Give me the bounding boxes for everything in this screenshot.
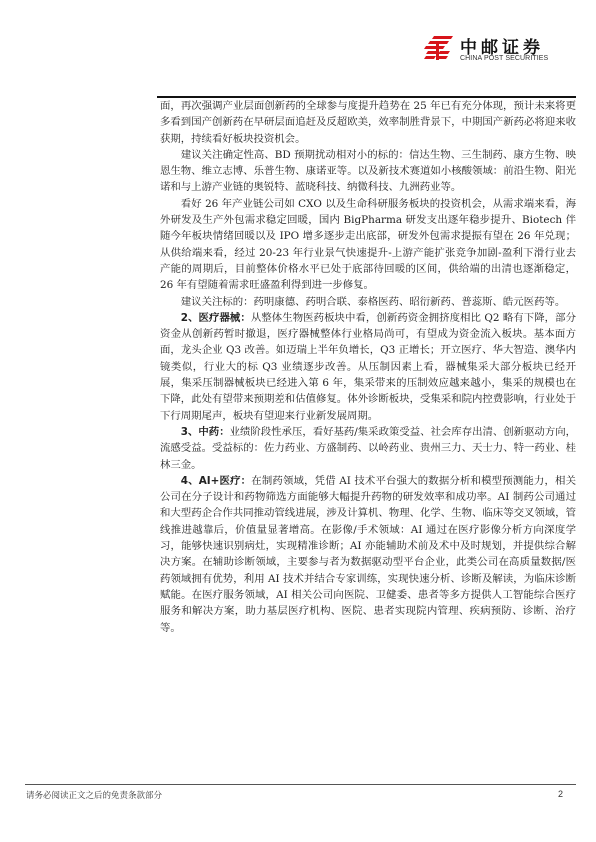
paragraph-cxo-outlook: 看好 26 年产业链公司如 CXO 以及生命科研服务板块的投资机会，从需求端来看… xyxy=(160,196,576,294)
paragraph-recommended-targets: 建议关注确定性高、BD 预期扰动相对小的标的：信达生物、三生制药、康方生物、映恩… xyxy=(160,147,576,196)
section-title-tcm: 3、中药： xyxy=(181,426,230,438)
logo-english-name: CHINA POST SECURITIES xyxy=(460,55,548,62)
paragraph-tcm: 3、中药：业绩阶段性承压，看好基药/集采政策受益、社会库存出清、创新驱动方向，流… xyxy=(160,424,576,473)
paragraph-innovative-drugs-cont: 面，再次强调产业层面创新药的全球参与度提升趋势在 25 年已有充分体现，预计未来… xyxy=(160,98,576,147)
company-logo: 中邮证券 CHINA POST SECURITIES xyxy=(424,33,574,67)
report-body: 面，再次强调产业层面创新药的全球参与度提升趋势在 25 年已有充分体现，预计未来… xyxy=(160,98,576,636)
paragraph-cxo-targets: 建议关注标的：药明康德、药明合联、泰格医药、昭衍新药、普蕊斯、皓元医药等。 xyxy=(160,294,576,310)
section-text-ai-healthcare: 在制药领域，凭借 AI 技术平台强大的数据分析和模型预测能力，相关公司在分子设计… xyxy=(160,475,576,634)
section-title-ai-healthcare: 4、AI+医疗： xyxy=(181,475,251,487)
disclaimer-note: 请务必阅读正文之后的免责条款部分 xyxy=(26,789,162,801)
page-number: 2 xyxy=(558,789,563,799)
section-text-medical-devices: 从整体生物医药板块中看，创新药资金拥挤度相比 Q2 略有下降，部分资金从创新药暂… xyxy=(160,312,576,422)
paragraph-medical-devices: 2、医疗器械：从整体生物医药板块中看，创新药资金拥挤度相比 Q2 略有下降，部分… xyxy=(160,310,576,424)
paragraph-ai-healthcare: 4、AI+医疗：在制药领域，凭借 AI 技术平台强大的数据分析和模型预测能力，相… xyxy=(160,473,576,636)
china-post-logo-icon xyxy=(424,35,454,61)
section-title-medical-devices: 2、医疗器械： xyxy=(181,312,251,324)
footer-divider xyxy=(25,784,576,785)
